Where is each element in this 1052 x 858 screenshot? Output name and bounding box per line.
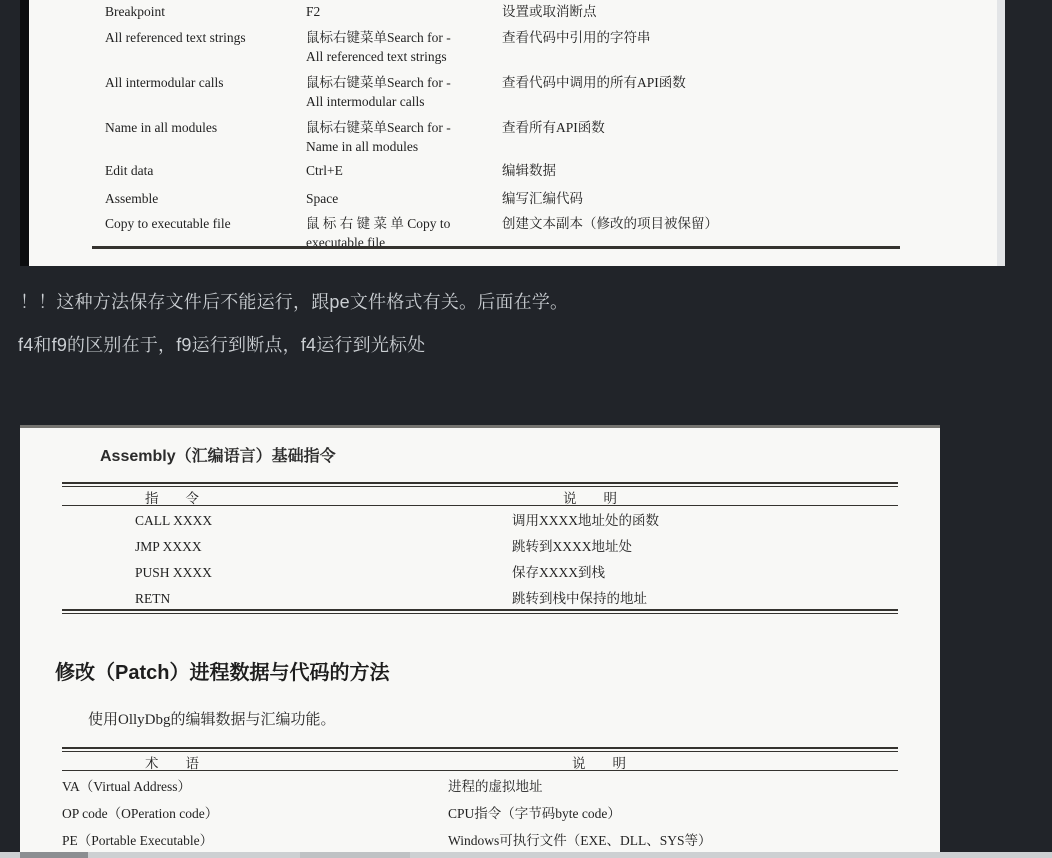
cell-instruction: JMP XXXX <box>135 537 202 556</box>
cell-shortcut: Name in all modules <box>306 137 418 156</box>
cell-desc: 跳转到栈中保持的地址 <box>512 589 647 608</box>
table-rule <box>62 486 898 487</box>
cell-desc: 保存XXXX到栈 <box>512 563 605 582</box>
cell-command: All intermodular calls <box>105 73 223 92</box>
cell-command: Assemble <box>105 189 158 208</box>
cell-shortcut: 鼠标右键菜单Search for - <box>306 28 451 47</box>
cell-term: PE（Portable Executable） <box>62 831 213 850</box>
cell-instruction: CALL XXXX <box>135 511 212 530</box>
cell-shortcut: 鼠 标 右 键 菜 单 Copy to <box>306 214 450 233</box>
table-bottom-rule <box>92 246 900 249</box>
partial-next-image-strip <box>0 852 1052 858</box>
cell-desc: 查看代码中引用的字符串 <box>502 28 651 47</box>
table-rule <box>62 770 898 771</box>
cell-desc: 编写汇编代码 <box>502 189 583 208</box>
table-rule <box>62 505 898 506</box>
cell-shortcut: Ctrl+E <box>306 161 343 180</box>
table-rule <box>62 482 898 484</box>
cell-command: Copy to executable file <box>105 214 231 233</box>
paragraph: 使用OllyDbg的编辑数据与汇编功能。 <box>88 708 336 729</box>
cell-desc: 调用XXXX地址处的函数 <box>512 511 659 530</box>
cell-shortcut: executable file <box>306 233 385 252</box>
cell-shortcut: 鼠标右键菜单Search for - <box>306 73 451 92</box>
cell-shortcut: All intermodular calls <box>306 92 424 111</box>
strip-mid-segment <box>300 852 410 858</box>
cell-shortcut: 鼠标右键菜单Search for - <box>306 118 451 137</box>
cell-instruction: PUSH XXXX <box>135 563 212 582</box>
cell-instruction: RETN <box>135 589 170 608</box>
cell-desc: CPU指令（字节码byte code） <box>448 804 621 823</box>
cell-desc: 查看代码中调用的所有API函数 <box>502 73 686 92</box>
section-heading: 修改（Patch）进程数据与代码的方法 <box>55 656 389 685</box>
cell-command: All referenced text strings <box>105 28 246 47</box>
embedded-image-assembly-page[interactable]: Assembly（汇编语言）基础指令 指 令 说 明 CALL XXXX 调用X… <box>20 425 940 853</box>
section-title: Assembly（汇编语言）基础指令 <box>100 443 336 466</box>
cell-shortcut: F2 <box>306 2 320 21</box>
cell-desc: 查看所有API函数 <box>502 118 605 137</box>
note-text: f4和f9的区别在于，f9运行到断点，f4运行到光标处 <box>18 331 425 357</box>
cell-command: Edit data <box>105 161 153 180</box>
cell-command: Name in all modules <box>105 118 217 137</box>
table-rule <box>62 751 898 752</box>
cell-desc: 编辑数据 <box>502 161 556 180</box>
scan-top-edge <box>20 425 940 428</box>
cell-shortcut: Space <box>306 189 338 208</box>
cell-desc: 进程的虚拟地址 <box>448 777 543 796</box>
embedded-image-shortcut-table[interactable]: Breakpoint F2 设置或取消断点 All referenced tex… <box>20 0 1005 266</box>
cell-desc: 创建文本副本（修改的项目被保留） <box>502 214 718 233</box>
cell-desc: 跳转到XXXX地址处 <box>512 537 632 556</box>
cell-command: Breakpoint <box>105 2 165 21</box>
strip-dark-segment <box>20 852 88 858</box>
note-text: ！！这种方法保存文件后不能运行，跟pe文件格式有关。后面在学。 <box>20 288 568 314</box>
cell-term: VA（Virtual Address） <box>62 777 191 796</box>
scan-right-edge <box>997 0 1005 266</box>
scan-left-edge <box>20 0 29 266</box>
cell-desc: Windows可执行文件（EXE、DLL、SYS等） <box>448 831 711 850</box>
cell-shortcut: All referenced text strings <box>306 47 447 66</box>
table-rule <box>62 747 898 749</box>
table-rule <box>62 613 898 614</box>
cell-term: OP code（OPeration code） <box>62 804 218 823</box>
cell-desc: 设置或取消断点 <box>502 2 597 21</box>
table-rule <box>62 609 898 611</box>
